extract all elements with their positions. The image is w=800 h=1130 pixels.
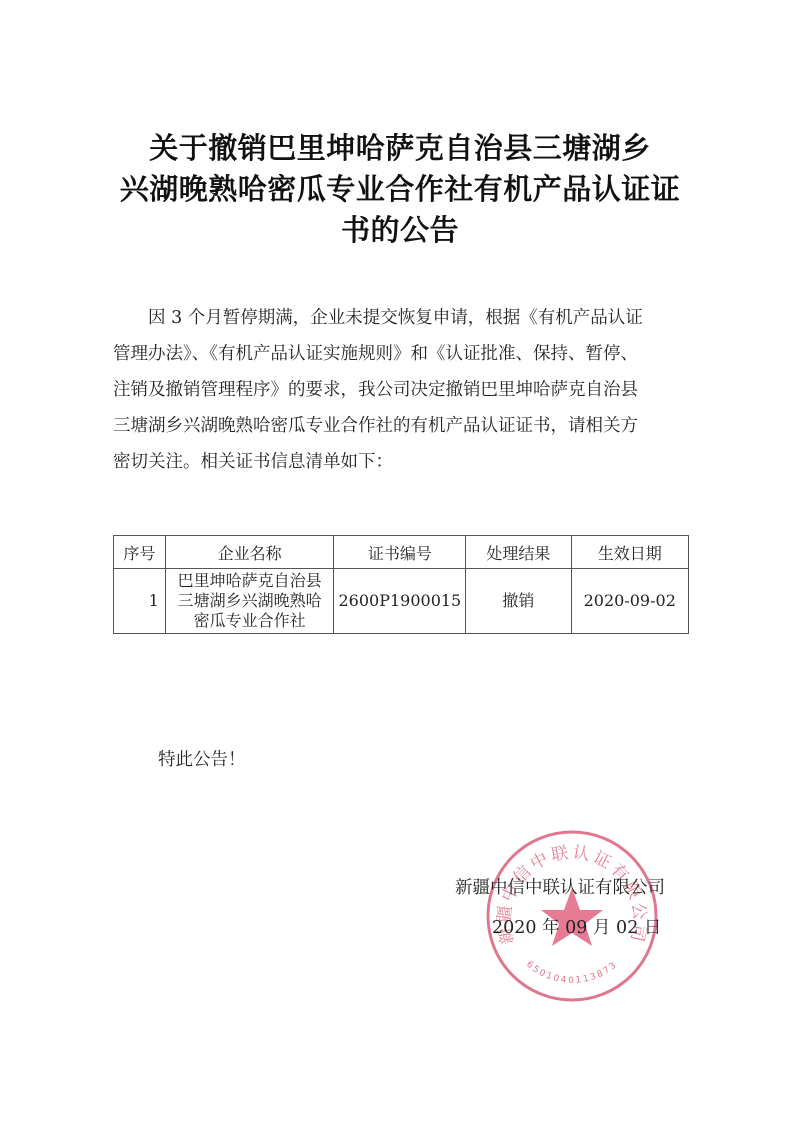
- seal-code: 6501040113873: [524, 960, 620, 986]
- document-title: 关于撤销巴里坤哈萨克自治县三塘湖乡 兴湖晚熟哈密瓜专业合作社有机产品认证证 书的…: [0, 128, 800, 251]
- header-result: 处理结果: [466, 536, 571, 569]
- title-line-2: 兴湖晚熟哈密瓜专业合作社有机产品认证证: [0, 169, 800, 210]
- body-line-2: 管理办法》、《有机产品认证实施规则》和《认证批准、保持、暂停、: [113, 336, 691, 372]
- svg-text:6501040113873: 6501040113873: [524, 960, 620, 986]
- cell-cert-no: 2600P1900015: [334, 569, 466, 634]
- body-line-1: 因 3 个月暂停期满，企业未提交恢复申请，根据《有机产品认证: [113, 300, 691, 336]
- announcement-body: 因 3 个月暂停期满，企业未提交恢复申请，根据《有机产品认证 管理办法》、《有机…: [113, 300, 691, 480]
- cell-company: 巴里坤哈萨克自治县 三塘湖乡兴湖晚熟哈 密瓜专业合作社: [165, 569, 334, 634]
- table-header-row: 序号 企业名称 证书编号 处理结果 生效日期: [114, 536, 689, 569]
- header-index: 序号: [114, 536, 166, 569]
- title-line-1: 关于撤销巴里坤哈萨克自治县三塘湖乡: [0, 128, 800, 169]
- company-line-1: 巴里坤哈萨克自治县: [170, 571, 330, 591]
- cell-index: 1: [114, 569, 166, 634]
- body-line-4: 三塘湖乡兴湖晚熟哈密瓜专业合作社的有机产品认证证书，请相关方: [113, 408, 691, 444]
- signer-name: 新疆中信中联认证有限公司: [455, 874, 665, 899]
- cell-result: 撤销: [466, 569, 571, 634]
- header-company: 企业名称: [165, 536, 334, 569]
- title-line-3: 书的公告: [0, 210, 800, 251]
- body-line-3: 注销及撤销管理程序》的要求，我公司决定撤销巴里坤哈萨克自治县: [113, 372, 691, 408]
- company-line-2: 三塘湖乡兴湖晚熟哈: [170, 591, 330, 611]
- body-line-5: 密切关注。相关证书信息清单如下：: [113, 444, 691, 480]
- sign-date: 2020 年 09 月 02 日: [492, 914, 661, 939]
- company-line-3: 密瓜专业合作社: [170, 611, 330, 631]
- header-cert-no: 证书编号: [334, 536, 466, 569]
- table-row: 1 巴里坤哈萨克自治县 三塘湖乡兴湖晚熟哈 密瓜专业合作社 2600P19000…: [114, 569, 689, 634]
- certificate-table: 序号 企业名称 证书编号 处理结果 生效日期 1 巴里坤哈萨克自治县 三塘湖乡兴…: [113, 535, 689, 634]
- closing-remark: 特此公告！: [158, 746, 246, 771]
- cell-date: 2020-09-02: [571, 569, 688, 634]
- header-date: 生效日期: [571, 536, 688, 569]
